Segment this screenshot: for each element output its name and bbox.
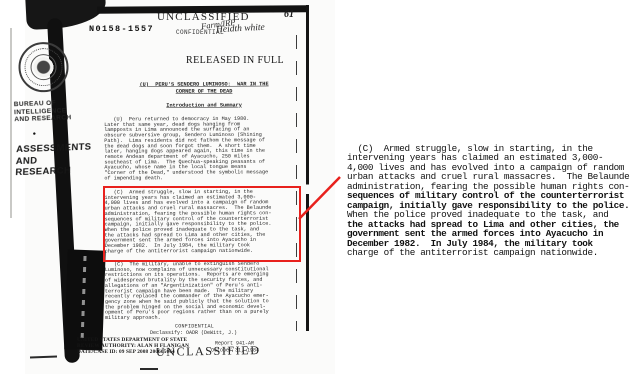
- paragraph-intro: (U) Peru returned to democracy in May 19…: [104, 116, 310, 181]
- confidential-marking-top: CONFIDENTIAL: [176, 29, 224, 36]
- unclassified-stamp-bottom: UNCLASSIFIED: [156, 343, 261, 360]
- released-in-full-stamp: RELEASED IN FULL: [186, 55, 284, 66]
- confidential-marking-bottom: CONFIDENTIAL: [175, 324, 214, 330]
- handwritten-page-number: 61: [284, 9, 294, 20]
- document-number-stamp: N0158-1557: [89, 24, 154, 34]
- review-stamp-line: UNITED STATES DEPARTMENT OF STATE: [77, 337, 187, 343]
- paragraph-military: (C) The military, unable to extinguish S…: [105, 261, 311, 321]
- page-title: (U) PERU'S SENDERO LUMINOSO: WAR IN THE …: [114, 81, 294, 95]
- office-line: ASSESSMENTS: [16, 141, 88, 155]
- bureau-line: AND RESEARCH: [14, 114, 84, 124]
- sidebar-bullet: •: [33, 126, 87, 138]
- excerpt-text: (C) Armed struggle, slow in starting, in…: [347, 144, 639, 257]
- letterhead-sidebar: BUREAU OF INTELLIGENCE AND RESEARCH • AS…: [10, 41, 89, 179]
- office-line: RESEARCH: [15, 164, 87, 178]
- document-screenshot: BUREAU OF INTELLIGENCE AND RESEARCH • AS…: [0, 0, 640, 374]
- state-department-seal-icon: [18, 41, 70, 93]
- declassify-line: Declassify: OADR (DeWitt, J.): [150, 331, 237, 337]
- section-heading: Introduction and Summary: [114, 102, 294, 109]
- highlight-box: [103, 186, 301, 262]
- excerpt-line: charge of the antiterrorist campaign nat…: [347, 248, 639, 257]
